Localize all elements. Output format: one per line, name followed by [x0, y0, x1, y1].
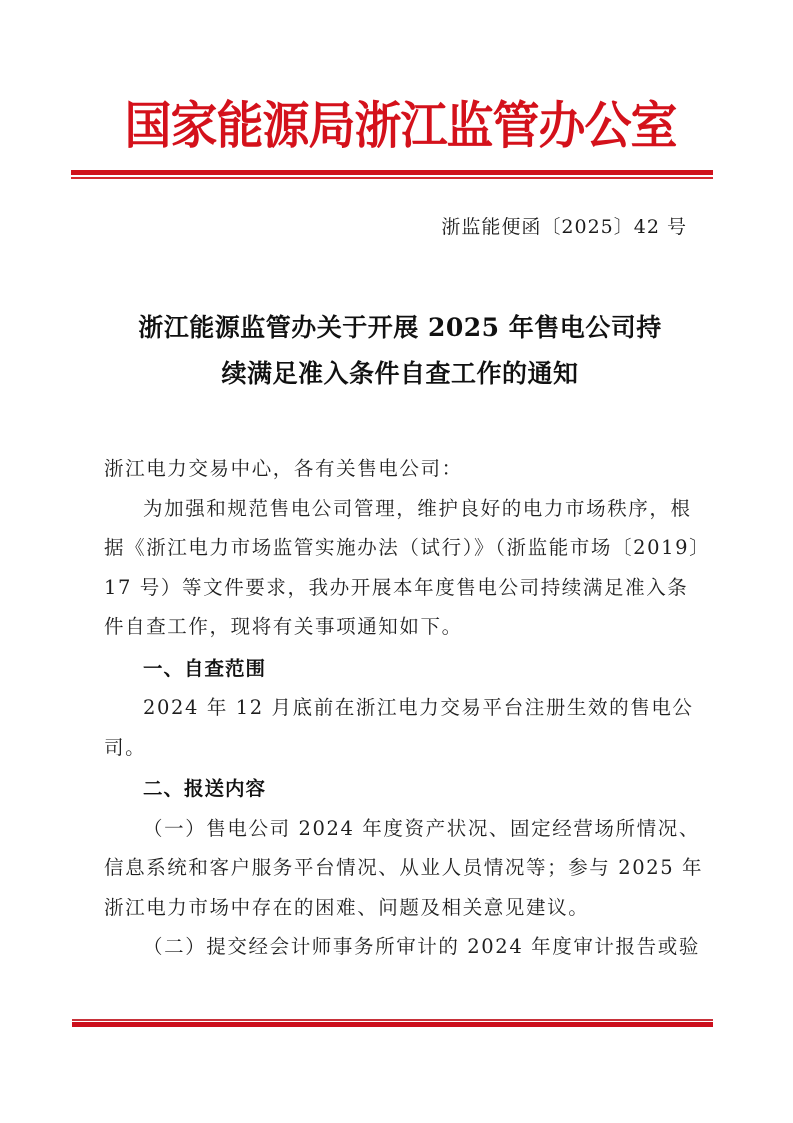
scope-paragraph-continued: 司。 — [104, 728, 690, 768]
document-number: 浙监能便函〔2025〕42 号 — [441, 214, 687, 240]
content-item-1-line: （一）售电公司 2024 年度资产状况、固定经营场所情况、 — [104, 809, 690, 849]
content-item-1-line: 浙江电力市场中存在的困难、问题及相关意见建议。 — [104, 888, 690, 928]
document-body: 浙江电力交易中心，各有关售电公司： 为加强和规范售电公司管理，维护良好的电力市场… — [104, 449, 690, 967]
scope-line: 2024 年 12 月底前在浙江电力交易平台注册生效的售电公 — [104, 688, 690, 728]
document-title: 浙江能源监管办关于开展 2025 年售电公司持 续满足准入条件自查工作的通知 — [90, 305, 710, 397]
content-item-1: （一）售电公司 2024 年度资产状况、固定经营场所情况、 — [104, 809, 690, 849]
content-item-2-line: （二）提交经会计师事务所审计的 2024 年度审计报告或验 — [104, 927, 690, 967]
intro-paragraph-continued: 据《浙江电力市场监管实施办法（试行）》（浙监能市场〔2019〕 17 号）等文件… — [104, 528, 690, 647]
intro-line: 据《浙江电力市场监管实施办法（试行）》（浙监能市场〔2019〕 — [104, 528, 690, 568]
header-divider-thin — [71, 177, 713, 179]
intro-line: 17 号）等文件要求，我办开展本年度售电公司持续满足准入条 — [104, 568, 690, 608]
document-title-line-1: 浙江能源监管办关于开展 2025 年售电公司持 — [90, 305, 710, 351]
intro-paragraph: 为加强和规范售电公司管理，维护良好的电力市场秩序，根 — [104, 489, 690, 529]
masthead-title: 国家能源局浙江监管办公室 — [125, 94, 677, 161]
intro-line: 为加强和规范售电公司管理，维护良好的电力市场秩序，根 — [104, 489, 690, 529]
footer-divider-thick — [72, 1022, 713, 1027]
intro-line: 件自查工作，现将有关事项通知如下。 — [104, 607, 690, 647]
scope-paragraph: 2024 年 12 月底前在浙江电力交易平台注册生效的售电公 — [104, 688, 690, 728]
footer-divider — [72, 1019, 713, 1031]
document-title-line-2: 续满足准入条件自查工作的通知 — [90, 351, 710, 397]
content-item-2: （二）提交经会计师事务所审计的 2024 年度审计报告或验 — [104, 927, 690, 967]
footer-divider-thin — [72, 1019, 713, 1021]
content-item-1-line: 信息系统和客户服务平台情况、从业人员情况等；参与 2025 年 — [104, 848, 690, 888]
header-divider — [71, 170, 713, 182]
section-heading-scope: 一、自查范围 — [104, 649, 690, 689]
content-item-1-continued: 信息系统和客户服务平台情况、从业人员情况等；参与 2025 年 浙江电力市场中存… — [104, 848, 690, 927]
masthead: 国家能源局浙江监管办公室 — [0, 96, 793, 158]
scope-line: 司。 — [104, 728, 690, 768]
salutation: 浙江电力交易中心，各有关售电公司： — [104, 449, 690, 489]
header-divider-thick — [71, 170, 713, 175]
section-heading-content: 二、报送内容 — [104, 769, 690, 809]
